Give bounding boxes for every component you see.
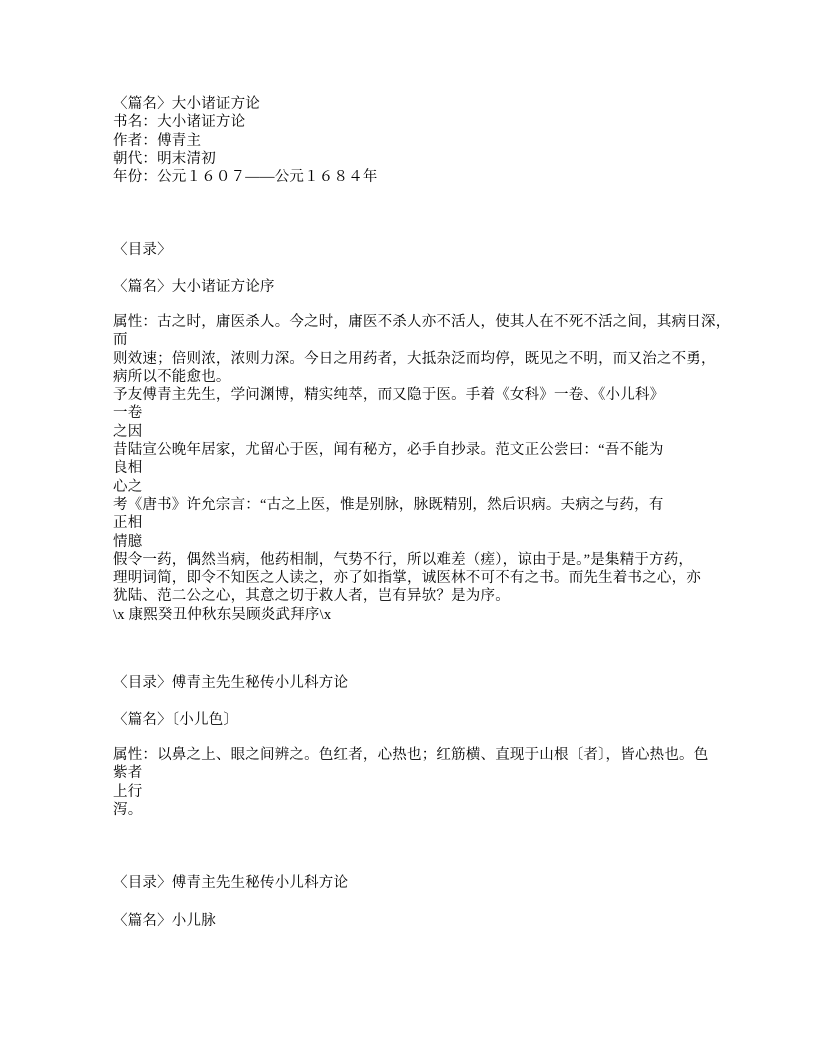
text-line: 情臆 (113, 533, 726, 551)
title-tag-line: 〈篇名〉大小诸证方论 (113, 95, 726, 113)
text-line: 考《唐书》许允宗言：“古之上医，惟是别脉，脉既精别，然后识病。夫病之与药，有 (113, 496, 726, 514)
text-line: 予友傅青主先生，学问渊博，精实纯萃，而又隐于医。手着《女科》一卷、《小儿科》 (113, 386, 726, 404)
metadata-block: 〈篇名〉大小诸证方论 书名：大小诸证方论 作者：傅青主 朝代：明末清初 年份：公… (113, 95, 726, 186)
year-line: 年份：公元１６０７——公元１６８４年 (113, 168, 726, 186)
text-line: 〈目录〉 (113, 241, 726, 259)
text-line: 〈篇名〉〔小儿色〕 (113, 711, 726, 729)
text-line: 〈篇名〉大小诸证方论序 (113, 278, 726, 296)
preface-paragraph: 属性：古之时，庸医杀人。今之时，庸医不杀人亦不活人，使其人在不死不活之间，其病日… (113, 313, 726, 624)
text-line: 病所以不能愈也。 (113, 368, 726, 386)
text-line: 一卷 (113, 404, 726, 422)
text-line: 〈目录〉傅青主先生秘传小儿科方论 (113, 874, 726, 892)
text-line: 属性：以鼻之上、眼之间辨之。色红者，心热也；红筋横、直现于山根〔者〕，皆心热也。… (113, 746, 726, 764)
text-line: 属性：古之时，庸医杀人。今之时，庸医不杀人亦不活人，使其人在不死不活之间，其病日… (113, 313, 726, 331)
dynasty-line: 朝代：明末清初 (113, 150, 726, 168)
text-line: 〈目录〉傅青主先生秘传小儿科方论 (113, 674, 726, 692)
text-line: 犹陆、范二公之心，其意之切于救人者，岂有异欤？是为序。 (113, 587, 726, 605)
book-name-line: 书名：大小诸证方论 (113, 113, 726, 131)
document-page: 〈篇名〉大小诸证方论 书名：大小诸证方论 作者：傅青主 朝代：明末清初 年份：公… (0, 0, 816, 1056)
signature-line: \x 康熙癸丑仲秋东吴顾炎武拜序\x (113, 606, 726, 624)
text-line: 〈篇名〉小儿脉 (113, 912, 726, 930)
text-line: 则效速；倍则浓，浓则力深。今日之用药者，大抵杂泛而均停，既见之不明，而又治之不勇… (113, 350, 726, 368)
text-line: 良相 (113, 459, 726, 477)
preface-title: 〈篇名〉大小诸证方论序 (113, 278, 726, 296)
text-line: 之因 (113, 423, 726, 441)
child-color-title: 〈篇名〉〔小儿色〕 (113, 711, 726, 729)
text-line: 紫者 (113, 764, 726, 782)
text-line: 假令一药，偶然当病，他药相制，气势不行，所以难差（瘥），谅由于是。”是集精于方药… (113, 551, 726, 569)
toc-heading-3: 〈目录〉傅青主先生秘传小儿科方论 (113, 874, 726, 892)
toc-heading-2: 〈目录〉傅青主先生秘传小儿科方论 (113, 674, 726, 692)
text-line: 而 (113, 331, 726, 349)
text-line: 心之 (113, 478, 726, 496)
text-line: 昔陆宣公晚年居家，尤留心于医，闻有秘方，必手自抄录。范文正公尝曰：“吾不能为 (113, 441, 726, 459)
child-pulse-title: 〈篇名〉小儿脉 (113, 912, 726, 930)
text-line: 正相 (113, 514, 726, 532)
text-line: 上行 (113, 783, 726, 801)
toc-heading-1: 〈目录〉 (113, 241, 726, 259)
author-line: 作者：傅青主 (113, 132, 726, 150)
text-line: 泻。 (113, 801, 726, 819)
child-color-paragraph: 属性：以鼻之上、眼之间辨之。色红者，心热也；红筋横、直现于山根〔者〕，皆心热也。… (113, 746, 726, 819)
text-line: 理明词简，即令不知医之人读之，亦了如指掌，诚医林不可不有之书。而先生着书之心，亦 (113, 569, 726, 587)
